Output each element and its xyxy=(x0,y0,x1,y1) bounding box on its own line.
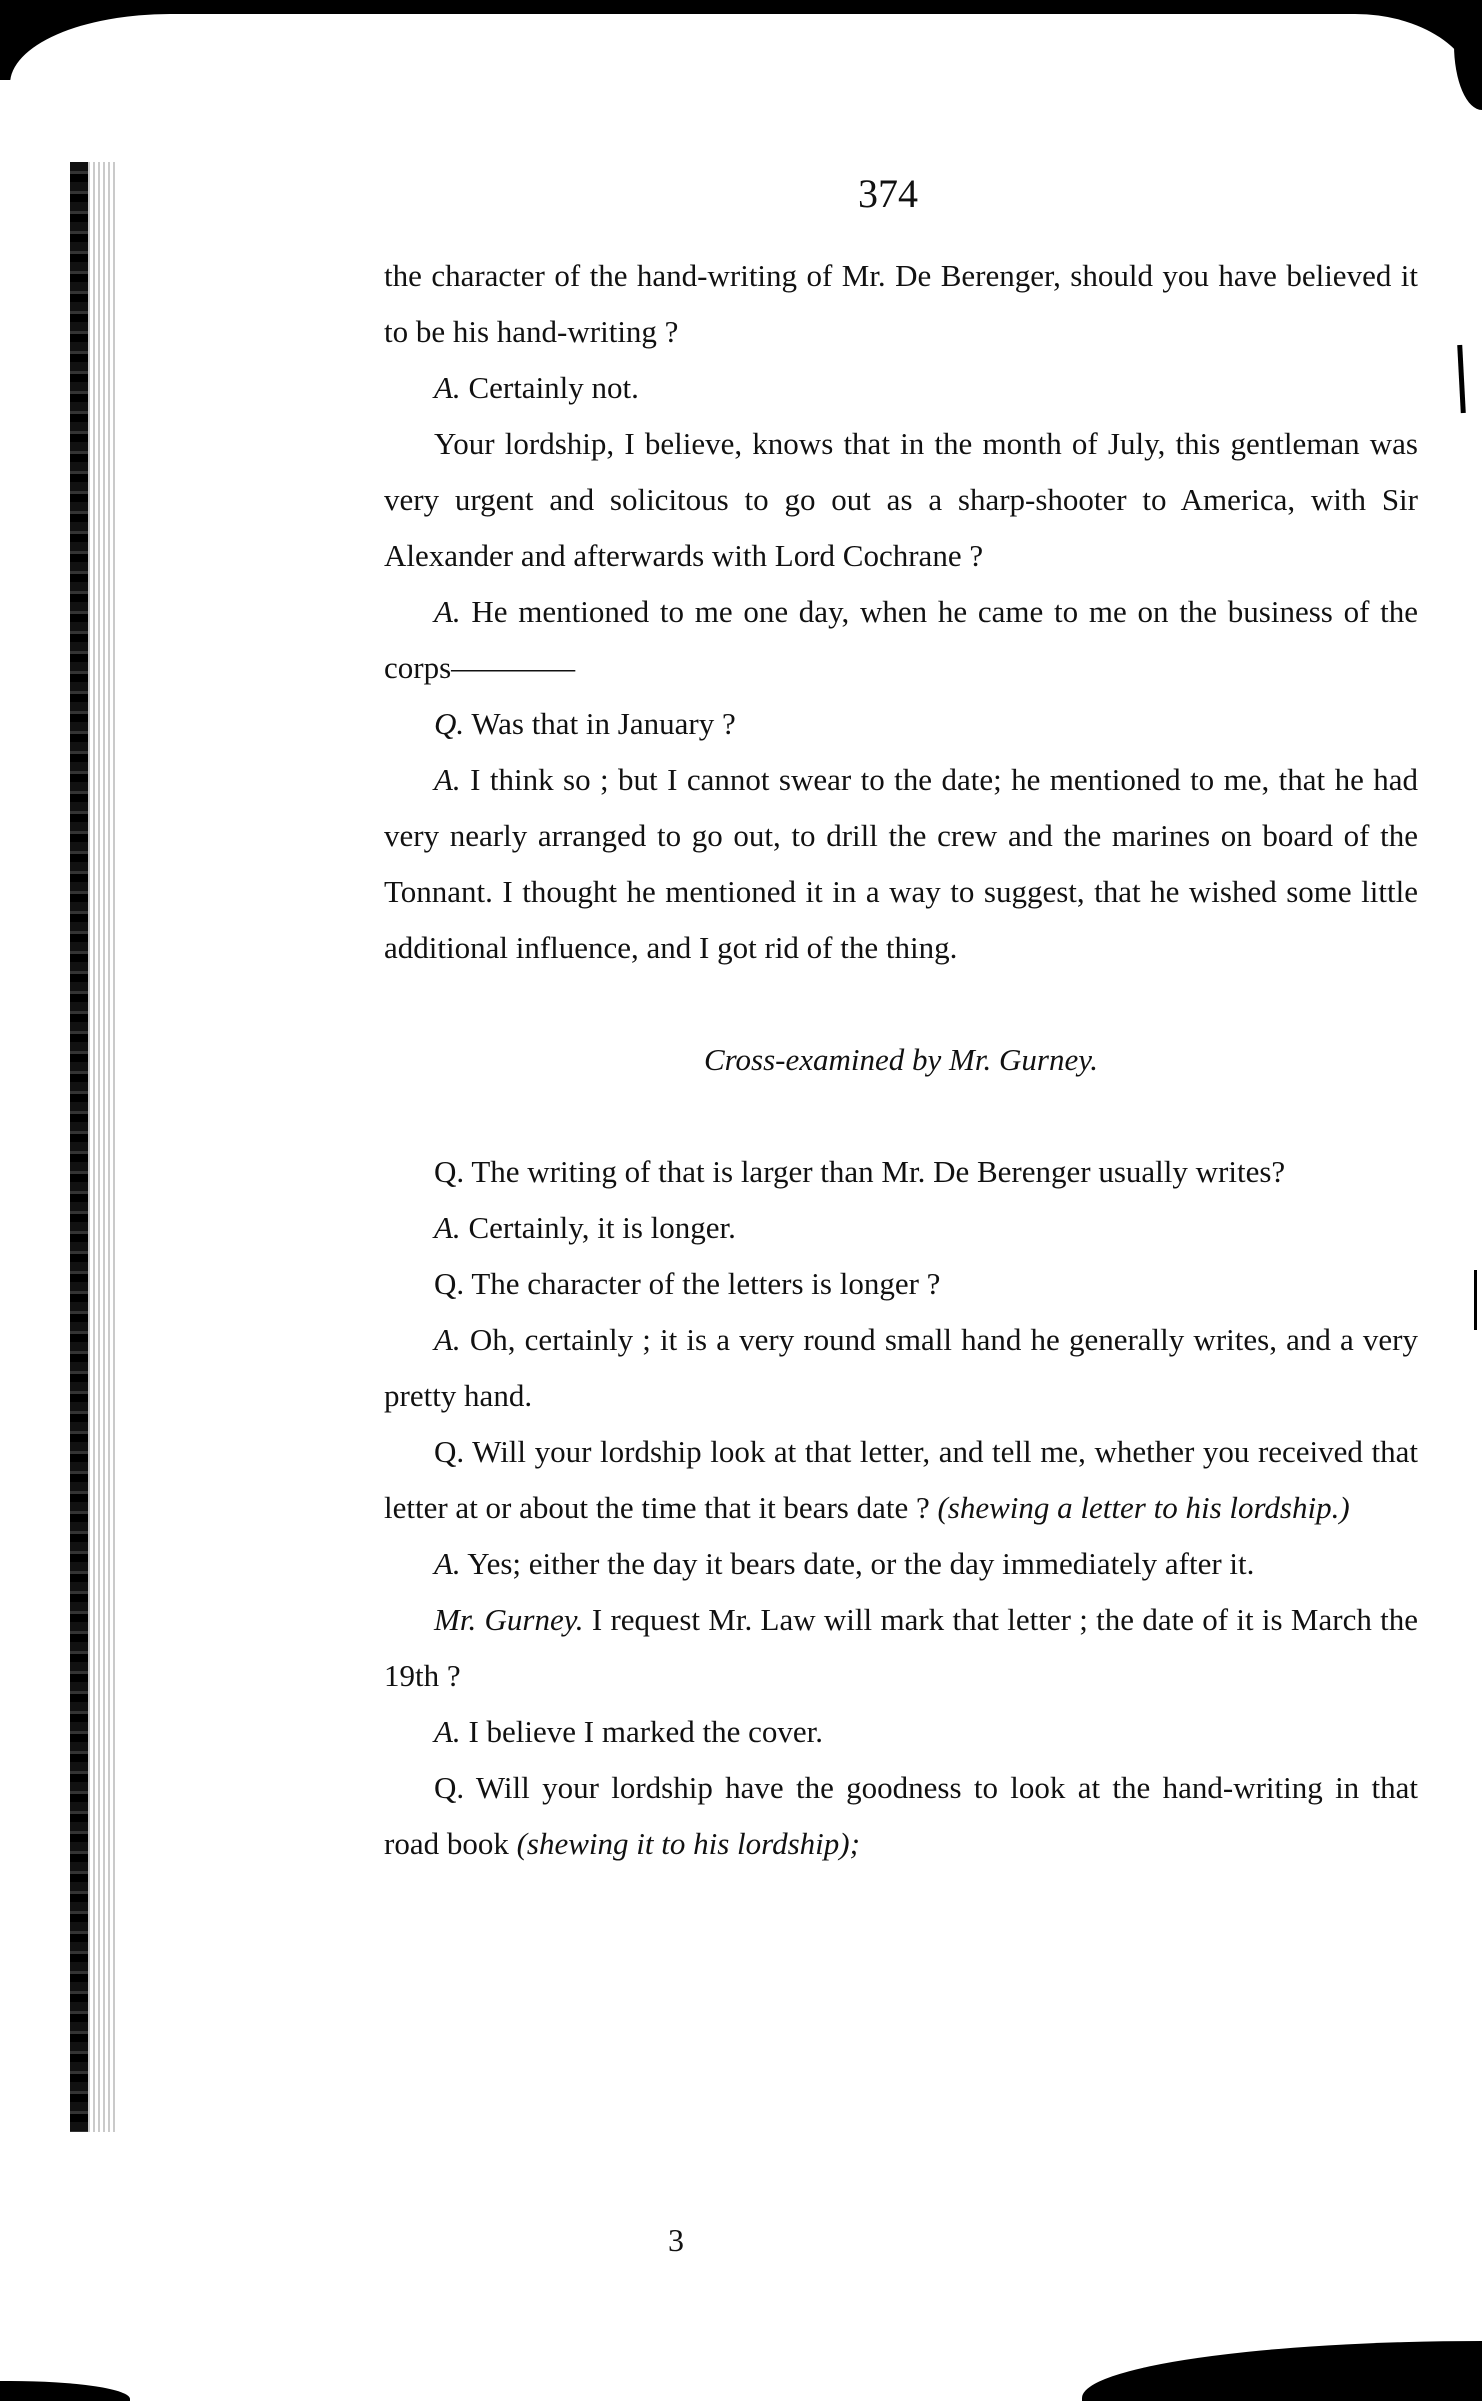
speaker-label: A. xyxy=(434,762,461,797)
paragraph: Mr. Gurney. I request Mr. Law will mark … xyxy=(384,1592,1418,1704)
paragraph-text: Your lordship, I believe, knows that in … xyxy=(384,426,1418,573)
speaker-label: Q. xyxy=(434,1434,464,1469)
paragraph-text: Oh, certainly ; it is a very round small… xyxy=(384,1322,1418,1413)
paragraph-text: I think so ; but I cannot swear to the d… xyxy=(384,762,1418,965)
paragraph-text: The character of the letters is longer ? xyxy=(471,1266,940,1301)
paragraph: A. I think so ; but I cannot swear to th… xyxy=(384,752,1418,976)
signature-mark: 3 xyxy=(668,2222,684,2259)
stage-direction: (shewing it to his lordship); xyxy=(517,1826,860,1861)
paragraph: Q. Will your lordship look at that lette… xyxy=(384,1424,1418,1536)
speaker-label: Mr. Gurney. xyxy=(434,1602,584,1637)
speaker-label: Q. xyxy=(434,1154,464,1189)
book-binding-edge xyxy=(70,162,88,2132)
page-number: 374 xyxy=(858,170,918,217)
scan-bottom-shadow xyxy=(0,2381,130,2401)
paragraph-text: the character of the hand-writing of Mr.… xyxy=(384,258,1418,349)
paragraph-text: Certainly not. xyxy=(468,370,638,405)
stage-direction: (shewing a letter to his lordship.) xyxy=(937,1490,1349,1525)
paragraph: Q. The writing of that is larger than Mr… xyxy=(384,1144,1418,1200)
speaker-label: Q. xyxy=(434,706,464,741)
margin-mark xyxy=(1457,345,1466,413)
paragraph: A. Oh, certainly ; it is a very round sm… xyxy=(384,1312,1418,1424)
paragraph: Q. Was that in January ? xyxy=(384,696,1418,752)
paragraph-text: Yes; either the day it bears date, or th… xyxy=(467,1546,1254,1581)
paragraph: Q. Will your lordship have the goodness … xyxy=(384,1760,1418,1872)
speaker-label: Q. xyxy=(434,1770,464,1805)
paragraph: A. He mentioned to me one day, when he c… xyxy=(384,584,1418,696)
margin-mark xyxy=(1474,1270,1477,1330)
speaker-label: A. xyxy=(434,1210,461,1245)
speaker-label: A. xyxy=(434,1322,461,1357)
paragraph: A. Yes; either the day it bears date, or… xyxy=(384,1536,1418,1592)
speaker-label: A. xyxy=(434,370,461,405)
paragraph-text: He mentioned to me one day, when he came… xyxy=(384,594,1418,685)
paragraph: A. I believe I marked the cover. xyxy=(384,1704,1418,1760)
paragraph: A. Certainly, it is longer. xyxy=(384,1200,1418,1256)
paragraph-text: The writing of that is larger than Mr. D… xyxy=(471,1154,1285,1189)
paragraph: Your lordship, I believe, knows that in … xyxy=(384,416,1418,584)
page-top-edge xyxy=(10,14,1475,214)
speaker-label: A. xyxy=(434,1546,461,1581)
page-body: the character of the hand-writing of Mr.… xyxy=(384,248,1418,1872)
paragraph: the character of the hand-writing of Mr.… xyxy=(384,248,1418,360)
paragraph: A. Certainly not. xyxy=(384,360,1418,416)
paragraph: Q. The character of the letters is longe… xyxy=(384,1256,1418,1312)
paragraph-text: Certainly, it is longer. xyxy=(468,1210,735,1245)
scan-bottom-shadow xyxy=(1082,2341,1482,2401)
speaker-label: A. xyxy=(434,1714,461,1749)
paragraph-text: I believe I marked the cover. xyxy=(468,1714,823,1749)
speaker-label: Q. xyxy=(434,1266,464,1301)
speaker-label: A. xyxy=(434,594,461,629)
paragraph-text: Was that in January ? xyxy=(471,706,735,741)
section-heading: Cross-examined by Mr. Gurney. xyxy=(384,1032,1418,1088)
